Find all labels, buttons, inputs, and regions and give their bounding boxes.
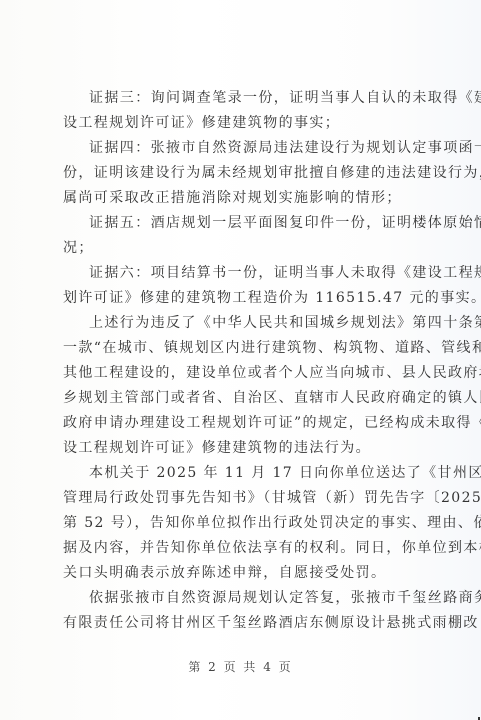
page-number-footer: 第 2 页 共 4 页 xyxy=(0,658,481,675)
text-line: 况； xyxy=(63,236,423,261)
text-line: 一款“在城市、镇规划区内进行建筑物、构筑物、道路、管线和 xyxy=(63,336,423,361)
paragraph-violation: 上述行为违反了《中华人民共和国城乡规划法》第四十条第 一款“在城市、镇规划区内进… xyxy=(63,311,423,461)
text-line: 属尚可采取改正措施消除对规划实施影响的情形； xyxy=(63,186,423,211)
document-page: 证据三：询问调查笔录一份，证明当事人自认的未取得《建 设工程规划许可证》修建建筑… xyxy=(63,86,423,636)
text-line: 据及内容，并告知你单位依法享有的权利。同日，你单位到本机 xyxy=(63,536,423,561)
text-line: 其他工程建设的，建设单位或者个人应当向城市、县人民政府城 xyxy=(63,361,423,386)
text-line: 设工程规划许可证》修建建筑物的事实； xyxy=(63,111,423,136)
paragraph-evidence-4: 证据四：张掖市自然资源局违法建设行为规划认定事项函一 份，证明该建设行为属未经规… xyxy=(63,136,423,211)
text-line: 关口头明确表示放弃陈述申辩，自愿接受处罚。 xyxy=(63,561,423,586)
text-line: 证据三：询问调查笔录一份，证明当事人自认的未取得《建 xyxy=(63,86,423,111)
paragraph-evidence-5: 证据五：酒店规划一层平面图复印件一份，证明楼体原始情 况； xyxy=(63,211,423,261)
text-line: 乡规划主管部门或者省、自治区、直辖市人民政府确定的镇人民 xyxy=(63,386,423,411)
text-line: 证据五：酒店规划一层平面图复印件一份，证明楼体原始情 xyxy=(63,211,423,236)
text-line: 划许可证》修建的建筑物工程造价为 116515.47 元的事实。 xyxy=(63,286,423,311)
text-line: 第 52 号），告知你单位拟作出行政处罚决定的事实、理由、依 xyxy=(63,511,423,536)
text-line: 上述行为违反了《中华人民共和国城乡规划法》第四十条第 xyxy=(63,311,423,336)
text-line: 政府申请办理建设工程规划许可证”的规定，已经构成未取得《建 xyxy=(63,411,423,436)
text-line: 证据六：项目结算书一份，证明当事人未取得《建设工程规 xyxy=(63,261,423,286)
text-line: 本机关于 2025 年 11 月 17 日向你单位送达了《甘州区城市 xyxy=(63,461,423,486)
paragraph-notice: 本机关于 2025 年 11 月 17 日向你单位送达了《甘州区城市 管理局行政… xyxy=(63,461,423,586)
text-line: 依据张掖市自然资源局规划认定答复，张掖市千玺丝路商务 xyxy=(63,586,423,611)
text-line: 设工程规划许可证》修建建筑物的违法行为。 xyxy=(63,436,423,461)
paragraph-evidence-6: 证据六：项目结算书一份，证明当事人未取得《建设工程规 划许可证》修建的建筑物工程… xyxy=(63,261,423,311)
text-line: 有限责任公司将甘州区千玺丝路酒店东侧原设计悬挑式雨棚改 xyxy=(63,611,423,636)
text-line: 管理局行政处罚事先告知书》（甘城管（新）罚先告字〔2025〕 xyxy=(63,486,423,511)
text-line: 证据四：张掖市自然资源局违法建设行为规划认定事项函一 xyxy=(63,136,423,161)
paragraph-evidence-3: 证据三：询问调查笔录一份，证明当事人自认的未取得《建 设工程规划许可证》修建建筑… xyxy=(63,86,423,136)
paragraph-basis: 依据张掖市自然资源局规划认定答复，张掖市千玺丝路商务 有限责任公司将甘州区千玺丝… xyxy=(63,586,423,636)
text-line: 份，证明该建设行为属未经规划审批擅自修建的违法建设行为， xyxy=(63,161,423,186)
